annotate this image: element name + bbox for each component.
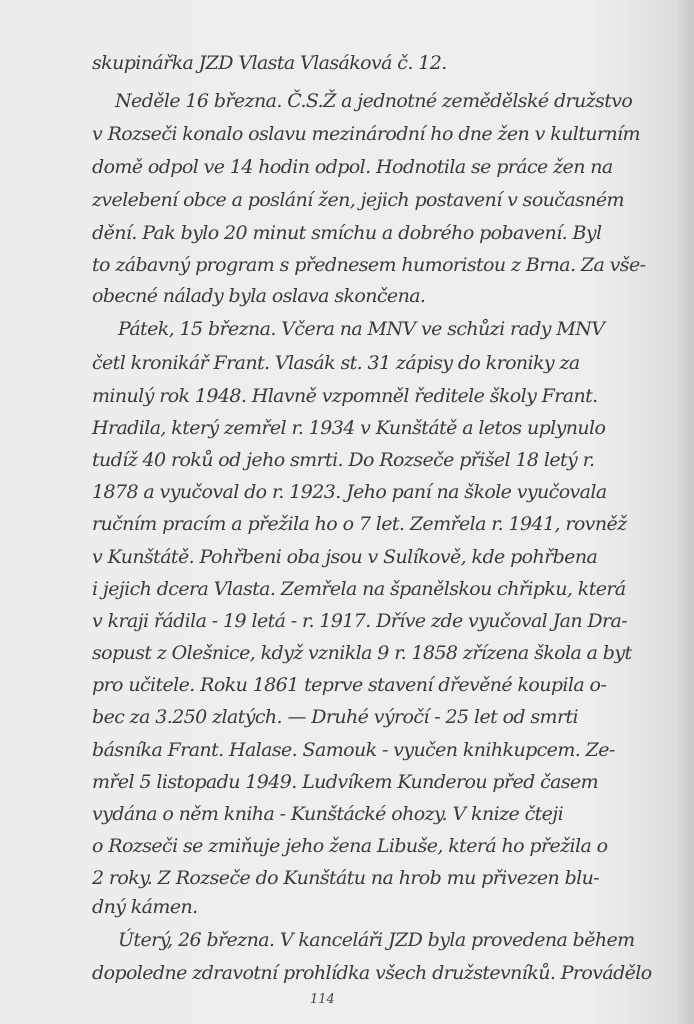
text-line-20: pro učitele. Roku 1861 teprve stavení dř…: [92, 674, 606, 696]
text-line-10: četl kronikář Frant. Vlasák st. 31 zápis…: [92, 352, 580, 374]
text-line-14: 1878 a vyučoval do r. 1923. Jeho paní na…: [92, 481, 607, 503]
text-line-18: v kraji řádila - 19 letá - r. 1917. Dřív…: [92, 610, 627, 632]
text-line-9: Pátek, 15 března. Včera na MNV ve schůzi…: [118, 318, 604, 340]
text-line-23: mřel 5 listopadu 1949. Ludvíkem Kunderou…: [92, 771, 598, 793]
text-line-12: Hradila, který zemřel r. 1934 v Kunštátě…: [92, 417, 605, 439]
page-edge-shadow: [676, 0, 694, 1024]
text-line-5: zvelebení obce a poslání žen, jejich pos…: [92, 189, 624, 211]
text-line-25: o Rozseči se zmiňuje jeho žena Libuše, k…: [92, 835, 607, 857]
text-line-1: skupinářka JZD Vlasta Vlasáková č. 12.: [92, 52, 447, 74]
text-line-29: dopoledne zdravotní prohlídka všech druž…: [92, 962, 652, 984]
text-line-8: obecné nálady byla oslava skončena.: [92, 285, 425, 307]
text-line-11: minulý rok 1948. Hlavně vzpomněl ředitel…: [92, 385, 598, 407]
text-line-15: ručním pracím a přežila ho o 7 let. Zemř…: [92, 513, 627, 535]
text-line-6: dění. Pak bylo 20 minut smíchu a dobrého…: [92, 222, 602, 244]
text-line-3: v Rozseči konalo oslavu mezinárodní ho d…: [92, 123, 640, 145]
chronicle-page: skupinářka JZD Vlasta Vlasáková č. 12. N…: [0, 0, 694, 1024]
text-line-2: Neděle 16 března. Č.S.Ž a jednotné zeměd…: [115, 90, 632, 112]
page-number: 114: [310, 992, 335, 1007]
text-line-24: vydána o něm kniha - Kunštácké ohozy. V …: [92, 803, 563, 825]
text-line-21: bec za 3.250 zlatých. — Druhé výročí - 2…: [92, 706, 578, 728]
text-line-17: i jejich dcera Vlasta. Zemřela na španěl…: [92, 578, 626, 600]
text-line-26: 2 roky. Z Rozseče do Kunštátu na hrob mu…: [92, 867, 599, 889]
text-line-22: básníka Frant. Halase. Samouk - vyučen k…: [92, 739, 615, 761]
text-line-13: tudíž 40 roků od jeho smrti. Do Rozseče …: [92, 449, 594, 471]
text-line-28: Úterý, 26 března. V kanceláři JZD byla p…: [118, 929, 635, 951]
text-line-7: to zábavný program s přednesem humoristo…: [92, 254, 645, 276]
text-line-16: v Kunštátě. Pohřbeni oba jsou v Sulíkově…: [92, 546, 597, 568]
text-line-27: dný kámen.: [92, 896, 198, 918]
text-line-4: domě odpol ve 14 hodin odpol. Hodnotila …: [92, 156, 613, 178]
text-line-19: sopust z Olešnice, když vznikla 9 r. 185…: [92, 642, 632, 664]
